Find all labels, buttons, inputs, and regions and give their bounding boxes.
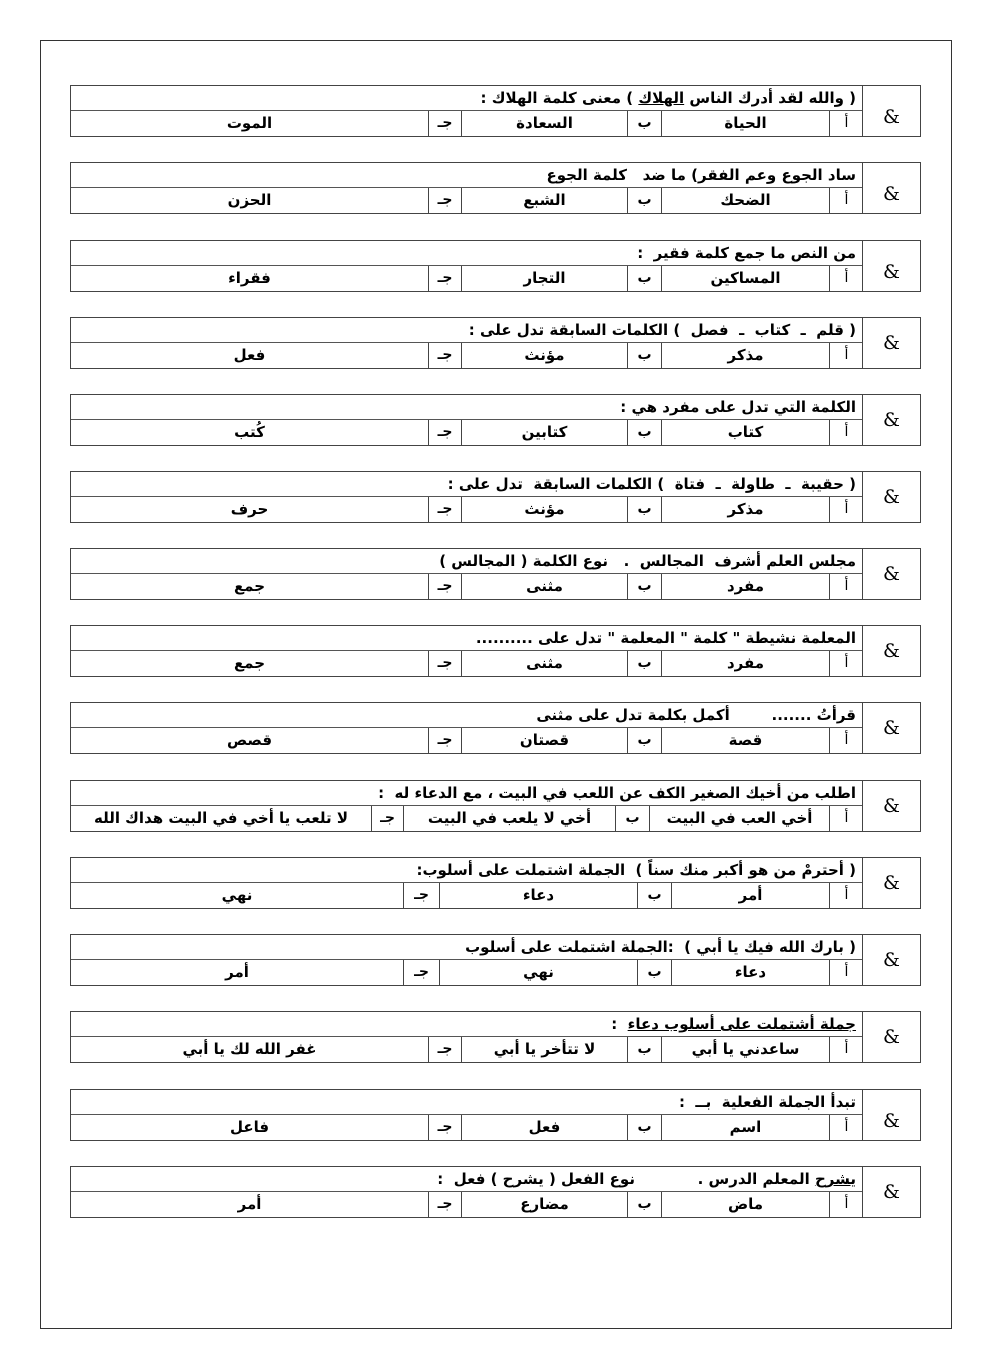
options-row: غفر الله لك يا أبيجـلا تتأخر يا أبيبساعد…	[71, 1037, 862, 1062]
stem-text: اطلب من أخيك الصغير الكف عن اللعب في الب…	[378, 784, 856, 802]
question-box: &( بارك الله فيك يا أبي ) :الجملة اشتملت…	[70, 934, 921, 986]
option-c-letter: جـ	[403, 883, 439, 908]
question-stem: قرأتُ ....... أكمل بكلمة تدل على مثنى	[71, 703, 862, 728]
question-stem: اطلب من أخيك الصغير الكف عن اللعب في الب…	[71, 781, 862, 806]
option-b-letter: ب	[627, 574, 661, 599]
option-c[interactable]: الحزن	[71, 188, 428, 213]
question-stem: مجلس العلم أشرف المجالس . نوع الكلمة ( ا…	[71, 549, 862, 574]
option-a-letter: أ	[829, 188, 863, 213]
option-b[interactable]: كتابين	[461, 420, 627, 445]
option-b-letter: ب	[637, 960, 671, 985]
option-a[interactable]: الضحك	[661, 188, 829, 213]
stem-text: ( قلم ـ كتاب ـ فصل ) الكلمات السابقة تدل…	[469, 321, 856, 339]
option-c[interactable]: قصص	[71, 728, 428, 753]
option-c-letter: جـ	[428, 1037, 461, 1062]
option-c[interactable]: جمع	[71, 651, 428, 676]
stem-text: :	[611, 1015, 627, 1033]
option-b[interactable]: التجار	[461, 266, 627, 291]
option-c[interactable]: فقراء	[71, 266, 428, 291]
option-a-letter: أ	[829, 343, 863, 368]
option-c-letter: جـ	[428, 343, 461, 368]
option-c[interactable]: غفر الله لك يا أبي	[71, 1037, 428, 1062]
option-c[interactable]: أمر	[71, 1192, 428, 1217]
options-row: الموتجـالسعادةبالحياةأ	[71, 111, 862, 136]
option-b[interactable]: مؤنث	[461, 343, 627, 368]
options-row: حرفجـمؤنثبمذكرأ	[71, 497, 862, 522]
option-a-letter: أ	[829, 1037, 863, 1062]
stem-text: ( والله لقد أدرك الناس	[684, 89, 856, 107]
option-a[interactable]: أخي العب في البيت	[649, 806, 829, 831]
question-stem: جملة أشتملت على أسلوب دعاء :	[71, 1012, 862, 1037]
question-marker: &	[862, 163, 920, 213]
option-a[interactable]: اسم	[661, 1115, 829, 1140]
question-marker: &	[862, 549, 920, 599]
option-c-letter: جـ	[403, 960, 439, 985]
question-marker: &	[862, 703, 920, 753]
stem-text: قرأتُ ....... أكمل بكلمة تدل على مثنى	[536, 706, 856, 724]
option-b[interactable]: مثنى	[461, 651, 627, 676]
stem-underlined-text: جملة أشتملت على أسلوب دعاء	[628, 1015, 856, 1033]
option-a[interactable]: المساكين	[661, 266, 829, 291]
option-c[interactable]: فعل	[71, 343, 428, 368]
option-b[interactable]: مؤنث	[461, 497, 627, 522]
option-c-letter: جـ	[428, 266, 461, 291]
option-c-letter: جـ	[428, 1115, 461, 1140]
option-a[interactable]: مفرد	[661, 574, 829, 599]
question-stem: يشرح المعلم الدرس . نوع الفعل ( يشرح ) ف…	[71, 1167, 862, 1192]
question-stem: المعلمة نشيطة " كلمة " المعلمة " تدل على…	[71, 626, 862, 651]
option-a-letter: أ	[829, 651, 863, 676]
options-row: قصصجـقصتانبقصةأ	[71, 728, 862, 753]
stem-text: من النص ما جمع كلمة فقير :	[637, 244, 856, 262]
option-c-letter: جـ	[428, 651, 461, 676]
options-row: فقراءجـالتجاربالمساكينأ	[71, 266, 862, 291]
option-a-letter: أ	[829, 960, 863, 985]
question-box: &الكلمة التي تدل على مفرد هي :كُتبجـكتاب…	[70, 394, 921, 446]
option-c[interactable]: كُتب	[71, 420, 428, 445]
stem-text: ساد الجوع وعم الفقر) ما ضد كلمة الجوع	[546, 166, 856, 184]
option-b[interactable]: السعادة	[461, 111, 627, 136]
question-marker: &	[862, 781, 920, 831]
option-b-letter: ب	[615, 806, 649, 831]
option-b-letter: ب	[627, 188, 661, 213]
stem-text: تبدأ الجملة الفعلية بــ :	[679, 1093, 856, 1111]
option-a[interactable]: قصة	[661, 728, 829, 753]
option-b[interactable]: مثنى	[461, 574, 627, 599]
option-a-letter: أ	[829, 574, 863, 599]
option-c[interactable]: الموت	[71, 111, 428, 136]
option-a-letter: أ	[829, 266, 863, 291]
option-a[interactable]: مذكر	[661, 343, 829, 368]
option-a[interactable]: مذكر	[661, 497, 829, 522]
option-a[interactable]: الحياة	[661, 111, 829, 136]
option-c[interactable]: لا تلعب يا أخي في البيت هداك الله	[71, 806, 371, 831]
option-c[interactable]: جمع	[71, 574, 428, 599]
question-marker: &	[862, 626, 920, 676]
option-b-letter: ب	[627, 420, 661, 445]
option-a-letter: أ	[829, 1115, 863, 1140]
option-b[interactable]: دعاء	[439, 883, 637, 908]
option-b-letter: ب	[627, 111, 661, 136]
option-b-letter: ب	[627, 266, 661, 291]
option-b-letter: ب	[627, 1192, 661, 1217]
option-b-letter: ب	[627, 728, 661, 753]
option-a-letter: أ	[829, 728, 863, 753]
question-marker: &	[862, 1167, 920, 1217]
option-a-letter: أ	[829, 806, 863, 831]
option-b-letter: ب	[637, 883, 671, 908]
stem-text: ( بارك الله فيك يا أبي ) :الجملة اشتملت …	[465, 938, 856, 956]
question-marker: &	[862, 395, 920, 445]
option-b[interactable]: الشبع	[461, 188, 627, 213]
question-stem: تبدأ الجملة الفعلية بــ :	[71, 1090, 862, 1115]
option-b-letter: ب	[627, 1115, 661, 1140]
question-box: &( أحترمْ من هو أكبر منك سناً ) الجملة ا…	[70, 857, 921, 909]
option-b-letter: ب	[627, 497, 661, 522]
question-box: &جملة أشتملت على أسلوب دعاء :غفر الله لك…	[70, 1011, 921, 1063]
option-b-letter: ب	[627, 343, 661, 368]
question-box: &يشرح المعلم الدرس . نوع الفعل ( يشرح ) …	[70, 1166, 921, 1218]
option-c-letter: جـ	[428, 188, 461, 213]
option-a-letter: أ	[829, 1192, 863, 1217]
option-b[interactable]: مضارع	[461, 1192, 627, 1217]
option-c-letter: جـ	[428, 728, 461, 753]
question-marker: &	[862, 858, 920, 908]
option-a[interactable]: دعاء	[671, 960, 829, 985]
question-stem: ( أحترمْ من هو أكبر منك سناً ) الجملة اش…	[71, 858, 862, 883]
question-box: &اطلب من أخيك الصغير الكف عن اللعب في ال…	[70, 780, 921, 832]
question-box: &المعلمة نشيطة " كلمة " المعلمة " تدل عل…	[70, 625, 921, 677]
stem-text: المعلمة نشيطة " كلمة " المعلمة " تدل على…	[476, 629, 856, 647]
question-box: &مجلس العلم أشرف المجالس . نوع الكلمة ( …	[70, 548, 921, 600]
option-c[interactable]: فاعل	[71, 1115, 428, 1140]
question-marker: &	[862, 935, 920, 985]
question-stem: ( قلم ـ كتاب ـ فصل ) الكلمات السابقة تدل…	[71, 318, 862, 343]
stem-underlined-text: الهلاك	[638, 89, 684, 107]
option-b[interactable]: فعل	[461, 1115, 627, 1140]
option-b[interactable]: نهي	[439, 960, 637, 985]
option-b-letter: ب	[627, 651, 661, 676]
question-stem: ( والله لقد أدرك الناس الهلاك ) معنى كلم…	[71, 86, 862, 111]
question-box: &من النص ما جمع كلمة فقير :فقراءجـالتجار…	[70, 240, 921, 292]
question-stem: من النص ما جمع كلمة فقير :	[71, 241, 862, 266]
option-a[interactable]: أمر	[671, 883, 829, 908]
option-c-letter: جـ	[428, 1192, 461, 1217]
option-a-letter: أ	[829, 111, 863, 136]
options-row: كُتبجـكتابينبكتابأ	[71, 420, 862, 445]
options-row: جمعجـمثنىبمفردأ	[71, 651, 862, 676]
question-stem: ( حقيبة ـ طاولة ـ فتاة ) الكلمات السابقة…	[71, 472, 862, 497]
question-box: &قرأتُ ....... أكمل بكلمة تدل على مثنىقص…	[70, 702, 921, 754]
stem-text: ( حقيبة ـ طاولة ـ فتاة ) الكلمات السابقة…	[448, 475, 856, 493]
question-marker: &	[862, 318, 920, 368]
options-row: لا تلعب يا أخي في البيت هداك اللهجـأخي ل…	[71, 806, 862, 831]
option-a-letter: أ	[829, 420, 863, 445]
stem-text: ( أحترمْ من هو أكبر منك سناً ) الجملة اش…	[416, 861, 856, 879]
question-box: &( قلم ـ كتاب ـ فصل ) الكلمات السابقة تد…	[70, 317, 921, 369]
question-marker: &	[862, 241, 920, 291]
option-b[interactable]: لا تتأخر يا أبي	[461, 1037, 627, 1062]
option-c-letter: جـ	[428, 497, 461, 522]
options-row: فاعلجـفعلباسمأ	[71, 1115, 862, 1140]
question-marker: &	[862, 472, 920, 522]
options-row: جمعجـمثنىبمفردأ	[71, 574, 862, 599]
question-stem: ساد الجوع وعم الفقر) ما ضد كلمة الجوع	[71, 163, 862, 188]
option-a[interactable]: كتاب	[661, 420, 829, 445]
stem-underlined-text: يشرح	[815, 1170, 856, 1188]
question-box: &تبدأ الجملة الفعلية بــ :فاعلجـفعلباسمأ	[70, 1089, 921, 1141]
question-marker: &	[862, 1090, 920, 1140]
option-c[interactable]: نهي	[71, 883, 403, 908]
option-a[interactable]: ماض	[661, 1192, 829, 1217]
options-row: أمرجـنهيبدعاءأ	[71, 960, 862, 985]
option-b[interactable]: قصتان	[461, 728, 627, 753]
option-c[interactable]: أمر	[71, 960, 403, 985]
options-row: فعلجـمؤنثبمذكرأ	[71, 343, 862, 368]
option-a-letter: أ	[829, 497, 863, 522]
option-a-letter: أ	[829, 883, 863, 908]
option-c-letter: جـ	[428, 420, 461, 445]
option-c-letter: جـ	[371, 806, 403, 831]
option-c-letter: جـ	[428, 574, 461, 599]
question-box: &ساد الجوع وعم الفقر) ما ضد كلمة الجوعال…	[70, 162, 921, 214]
stem-text: المعلم الدرس . نوع الفعل ( يشرح ) فعل :	[437, 1170, 815, 1188]
option-a[interactable]: ساعدني يا أبي	[661, 1037, 829, 1062]
question-stem: الكلمة التي تدل على مفرد هي :	[71, 395, 862, 420]
option-b-letter: ب	[627, 1037, 661, 1062]
stem-text: مجلس العلم أشرف المجالس . نوع الكلمة ( ا…	[439, 552, 856, 570]
question-box: &( حقيبة ـ طاولة ـ فتاة ) الكلمات السابق…	[70, 471, 921, 523]
stem-text: ) معنى كلمة الهلاك :	[481, 89, 639, 107]
options-row: نهيجـدعاءبأمرأ	[71, 883, 862, 908]
question-marker: &	[862, 86, 920, 136]
stem-text: الكلمة التي تدل على مفرد هي :	[620, 398, 856, 416]
question-box: &( والله لقد أدرك الناس الهلاك ) معنى كل…	[70, 85, 921, 137]
option-b[interactable]: أخي لا يلعب في البيت	[403, 806, 615, 831]
question-stem: ( بارك الله فيك يا أبي ) :الجملة اشتملت …	[71, 935, 862, 960]
option-c[interactable]: حرف	[71, 497, 428, 522]
option-a[interactable]: مفرد	[661, 651, 829, 676]
options-row: أمرجـمضارعبماضأ	[71, 1192, 862, 1217]
option-c-letter: جـ	[428, 111, 461, 136]
question-marker: &	[862, 1012, 920, 1062]
options-row: الحزنجـالشبعبالضحكأ	[71, 188, 862, 213]
